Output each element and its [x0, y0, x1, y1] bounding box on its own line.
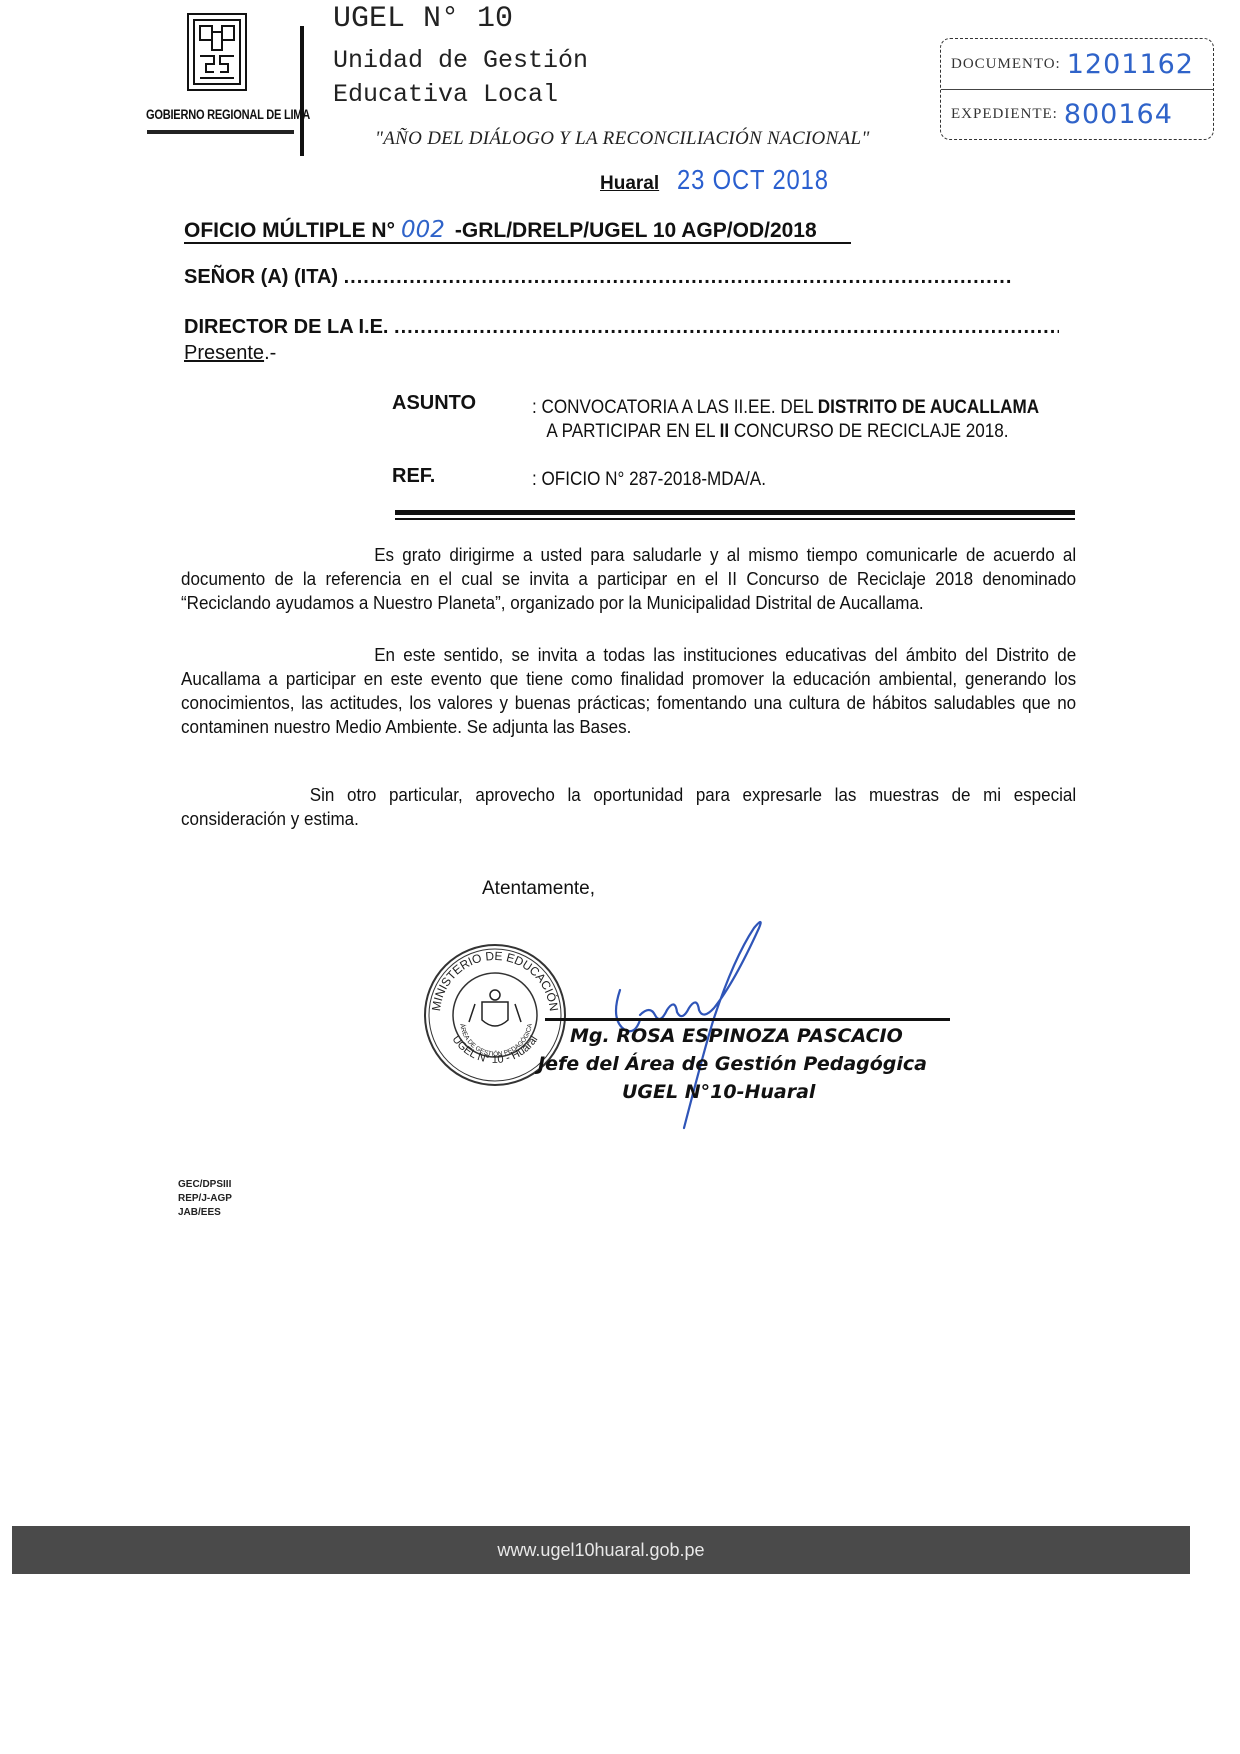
asunto-district: DISTRITO DE AUCALLAMA [818, 397, 1039, 418]
asunto-label: ASUNTO [392, 392, 476, 415]
addressee-line2: DIRECTOR DE LA I.E. ....................… [184, 316, 1059, 339]
subject-separator-thin [395, 518, 1075, 520]
director-blank-dots: ........................................… [394, 316, 1059, 339]
addressee-title: SEÑOR (A) (ITA) [184, 266, 338, 288]
oficio-heading: OFICIO MÚLTIPLE N°002-GRL/DRELP/UGEL 10 … [184, 217, 817, 243]
paragraph-2-text: En este sentido, se invita a todas las i… [181, 644, 1076, 737]
org-region-label: GOBIERNO REGIONAL DE LIMA [146, 107, 310, 122]
signatory-title: Jefe del Área de Gestión Pedagógica [538, 1050, 927, 1078]
paragraph-3-text: Sin otro particular, aprovecho la oportu… [181, 784, 1076, 829]
director-title: DIRECTOR DE LA I.E. [184, 316, 388, 338]
asunto-value: : CONVOCATORIA A LAS II.EE. DEL DISTRITO… [532, 396, 1039, 444]
initials-line: REP/J-AGP [178, 1192, 232, 1206]
ugel-title: UGEL N° 10 [333, 2, 513, 36]
body-paragraph-1: Es grato dirigirme a usted para saludarl… [181, 543, 1076, 615]
signatory-unit: UGEL N°10-Huaral [560, 1078, 927, 1106]
presente-line: Presente.- [184, 342, 276, 365]
closing-salutation: Atentamente, [482, 878, 595, 900]
asunto-text-a: : CONVOCATORIA A LAS II.EE. DEL [532, 397, 818, 418]
date-line: Huaral 23 OCT 2018 [600, 164, 856, 196]
header-divider [300, 26, 304, 156]
initials-line: JAB/EES [178, 1206, 232, 1220]
registry-stamp-box: DOCUMENTO: 1201162 EXPEDIENTE: 800164 [940, 38, 1214, 140]
documento-number: 1201162 [1067, 49, 1194, 80]
footer-bar: www.ugel10huaral.gob.pe [12, 1526, 1190, 1574]
asunto-text-b: A PARTICIPAR EN EL [546, 421, 719, 442]
asunto-line2: A PARTICIPAR EN EL II CONCURSO DE RECICL… [532, 420, 1039, 444]
signatory-name: Mg. ROSA ESPINOZA PASCACIO [560, 1022, 927, 1050]
initials-line: GEC/DPSIII [178, 1178, 232, 1192]
ugel-subtitle-line1: Unidad de Gestión [333, 44, 588, 78]
signatory-block: Mg. ROSA ESPINOZA PASCACIO Jefe del Área… [560, 1022, 927, 1106]
date-stamp: 23 OCT 2018 [677, 164, 829, 196]
gobierno-regional-logo-icon [186, 12, 248, 92]
addressee-blank-dots: ........................................… [344, 266, 1079, 289]
presente-suffix: .- [264, 342, 276, 364]
body-paragraph-2: En este sentido, se invita a todas las i… [181, 643, 1076, 739]
ugel-subtitle-line2: Educativa Local [333, 78, 588, 112]
asunto-text-c: CONCURSO DE RECICLAJE 2018. [729, 421, 1008, 442]
signature-line [545, 1018, 950, 1021]
oficio-underline [184, 242, 851, 244]
expediente-row: EXPEDIENTE: 800164 [941, 89, 1213, 139]
presente-label: Presente [184, 342, 264, 364]
body-paragraph-3: Sin otro particular, aprovecho la oportu… [181, 783, 1076, 831]
footer-website[interactable]: www.ugel10huaral.gob.pe [497, 1540, 704, 1561]
reference-initials: GEC/DPSIII REP/J-AGP JAB/EES [178, 1178, 232, 1220]
year-motto: "AÑO DEL DIÁLOGO Y LA RECONCILIACIÓN NAC… [375, 128, 870, 150]
asunto-roman: II [720, 421, 730, 442]
expediente-label: EXPEDIENTE: [951, 106, 1058, 123]
subject-separator-thick [395, 510, 1075, 515]
ugel-subtitle: Unidad de Gestión Educativa Local [333, 44, 588, 112]
expediente-number: 800164 [1064, 99, 1173, 130]
oficio-prefix: OFICIO MÚLTIPLE N° [184, 219, 395, 242]
oficio-suffix: -GRL/DRELP/UGEL 10 AGP/OD/2018 [455, 219, 817, 242]
ref-label: REF. [392, 465, 435, 488]
documento-label: DOCUMENTO: [951, 56, 1061, 73]
addressee-line1: SEÑOR (A) (ITA) ........................… [184, 266, 1079, 289]
place-label: Huaral [600, 173, 659, 195]
oficio-number: 002 [401, 217, 445, 243]
asunto-line1: : CONVOCATORIA A LAS II.EE. DEL DISTRITO… [532, 396, 1039, 420]
logo-underline [147, 130, 294, 134]
ref-value: : OFICIO N° 287-2018-MDA/A. [532, 468, 766, 492]
paragraph-1-text: Es grato dirigirme a usted para saludarl… [181, 544, 1076, 613]
documento-row: DOCUMENTO: 1201162 [941, 39, 1213, 90]
